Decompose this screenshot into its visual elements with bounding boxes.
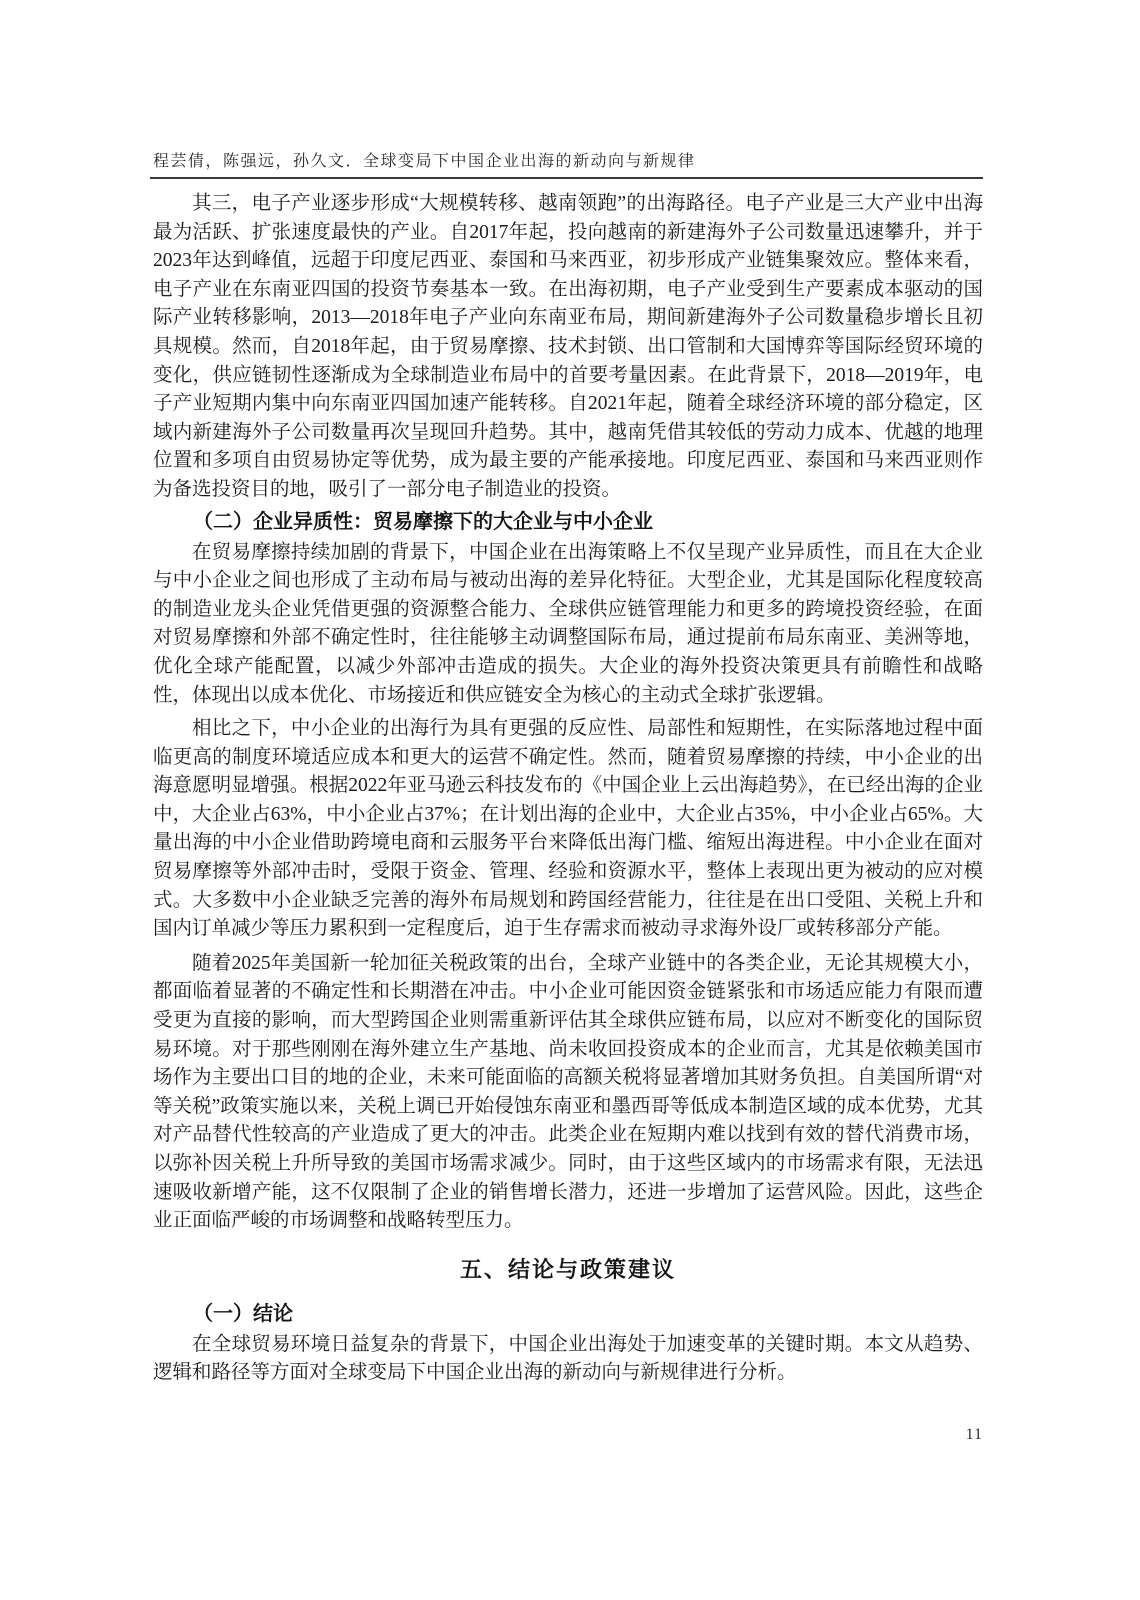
page-number: 11: [966, 1426, 983, 1444]
subsection-heading-firm-heterogeneity: （二）企业异质性：贸易摩擦下的大企业与中小企业: [153, 508, 983, 537]
paragraph-2025-tariff-impact: 随着2025年美国新一轮加征关税政策的出台，全球产业链中的各类企业，无论其规模大…: [153, 950, 983, 1236]
paragraph-conclusion-intro: 在全球贸易环境日益复杂的背景下，中国企业出海处于加速变革的关键时期。本文从趋势、…: [153, 1331, 983, 1388]
article-body: 其三，电子产业逐步形成“大规模转移、越南领跑”的出海路径。电子产业是三大产业中出…: [153, 190, 983, 1388]
running-head: 程芸倩，陈强远，孙久文．全球变局下中国企业出海的新动向与新规律: [153, 148, 985, 171]
header-rule: [150, 177, 983, 179]
paragraph-electronics-go-abroad-path: 其三，电子产业逐步形成“大规模转移、越南领跑”的出海路径。电子产业是三大产业中出…: [153, 190, 983, 505]
paragraph-large-firms-proactive: 在贸易摩擦持续加剧的背景下，中国企业在出海策略上不仅呈现产业异质性，而且在大企业…: [153, 539, 983, 711]
paragraph-sme-passive: 相比之下，中小企业的出海行为具有更强的反应性、局部性和短期性，在实际落地过程中面…: [153, 715, 983, 944]
section-heading-conclusion-policy: 五、结论与政策建议: [153, 1255, 983, 1285]
document-page: 程芸倩，陈强远，孙久文．全球变局下中国企业出海的新动向与新规律 其三，电子产业逐…: [0, 0, 1140, 1600]
subsection-heading-conclusion: （一）结论: [153, 1300, 983, 1329]
